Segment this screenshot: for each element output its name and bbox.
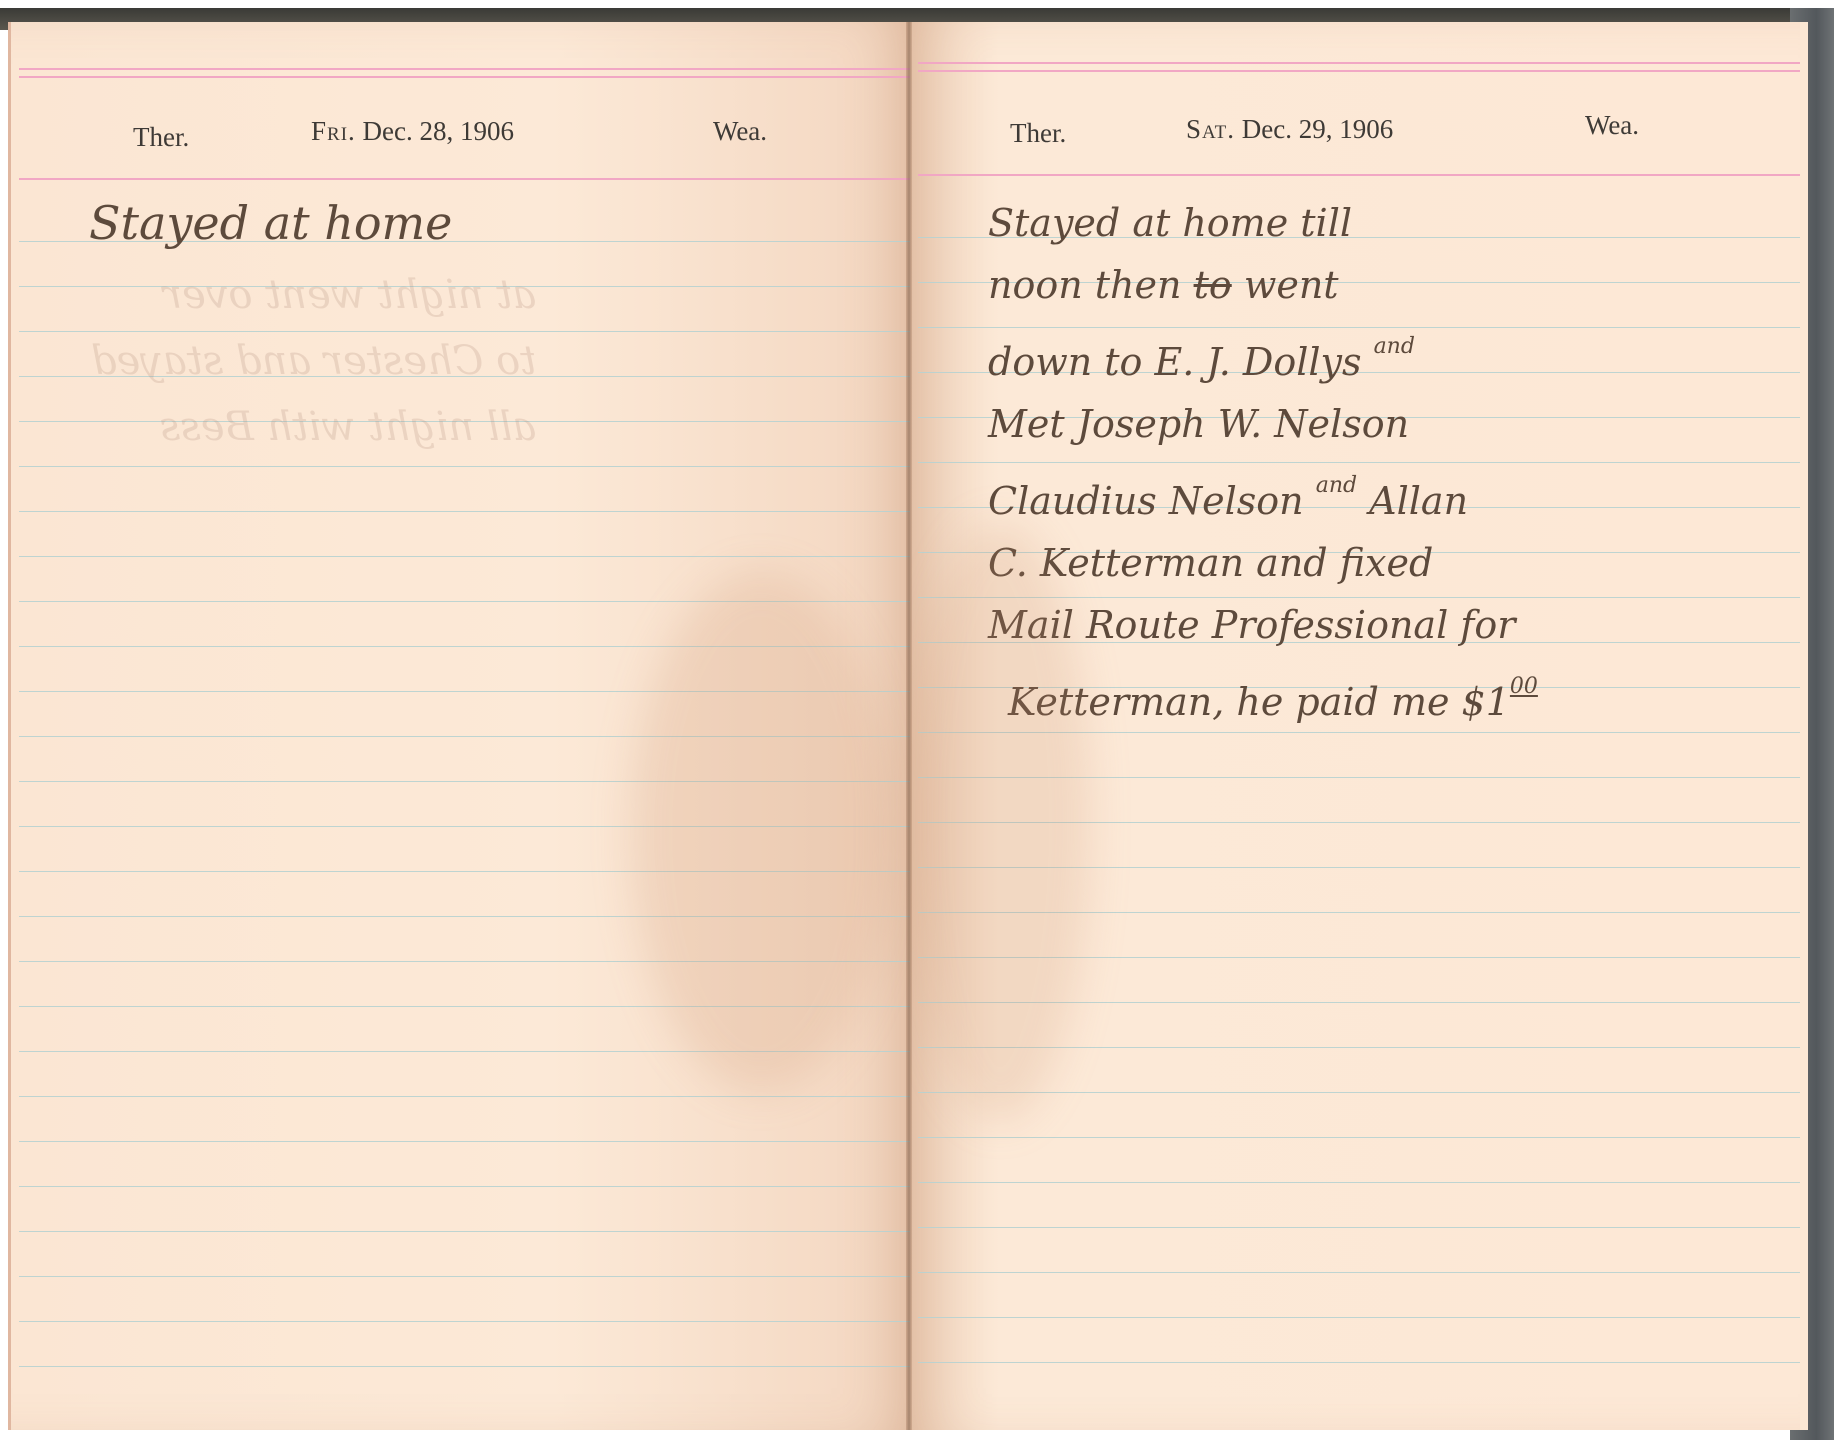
header-rule-top-1 (19, 68, 913, 70)
entry-line: C. Ketterman and fixed (988, 532, 1538, 594)
header-rule-bottom (19, 178, 913, 180)
ruled-line (918, 1362, 1800, 1363)
ruled-line (19, 511, 913, 512)
ruled-line (918, 1182, 1800, 1183)
entry-line: Met Joseph W. Nelson (988, 393, 1538, 455)
ruled-line (918, 1227, 1800, 1228)
ruled-line (19, 1141, 913, 1142)
ruled-line (19, 1321, 913, 1322)
left-page-header: Ther. Fri. Dec. 28, 1906 Wea. (11, 104, 913, 154)
paper-stain (631, 572, 891, 1092)
day-of-week: Fri. (311, 116, 356, 146)
date-text: Dec. 28, 1906 (363, 116, 514, 146)
struck-word: to (1194, 263, 1232, 307)
header-rule-top-2 (918, 70, 1800, 72)
date-text: Dec. 29, 1906 (1242, 114, 1393, 144)
ruled-line (918, 1317, 1800, 1318)
ruled-line (19, 1186, 913, 1187)
cents-superscript: 00 (1510, 674, 1538, 699)
ruled-line (918, 1092, 1800, 1093)
ruled-line (19, 1366, 913, 1367)
ruled-line (19, 1276, 913, 1277)
inserted-word: and (1374, 334, 1415, 359)
book-gutter (906, 22, 912, 1430)
ruled-line (19, 1231, 913, 1232)
entry-line: Stayed at home till (988, 192, 1538, 254)
ruled-line (19, 466, 913, 467)
entry-line: down to E. J. Dollys and (988, 316, 1538, 393)
day-of-week: Sat. (1186, 114, 1235, 144)
left-page: Ther. Fri. Dec. 28, 1906 Wea. (8, 22, 913, 1430)
right-page-header: Ther. Sat. Dec. 29, 1906 Wea. (910, 100, 1800, 150)
left-entry-text: Stayed at home (89, 190, 452, 256)
header-rule-top-2 (19, 76, 913, 78)
ther-label: Ther. (133, 122, 189, 153)
ruled-line (19, 1096, 913, 1097)
right-page: Ther. Sat. Dec. 29, 1906 Wea. (910, 22, 1800, 1430)
ruled-line (918, 1272, 1800, 1273)
date-heading: Fri. Dec. 28, 1906 (311, 116, 514, 147)
entry-line: Stayed at home (89, 190, 452, 256)
bleed-through-text: at night went over to Chester and stayed… (91, 262, 536, 460)
entry-line: noon then to went (988, 254, 1538, 316)
ruled-line (19, 556, 913, 557)
wea-label: Wea. (713, 116, 767, 147)
paper-stain (910, 522, 1090, 1122)
diary-spread: Ther. Fri. Dec. 28, 1906 Wea. (8, 22, 1808, 1430)
entry-line: Claudius Nelson and Allan (988, 455, 1538, 532)
inserted-word: and (1316, 473, 1357, 498)
ther-label: Ther. (1010, 118, 1066, 149)
header-rule-top-1 (918, 62, 1800, 64)
ruled-line (918, 1137, 1800, 1138)
header-rule-bottom (918, 174, 1800, 176)
wea-label: Wea. (1585, 110, 1639, 141)
date-heading: Sat. Dec. 29, 1906 (1186, 114, 1393, 145)
